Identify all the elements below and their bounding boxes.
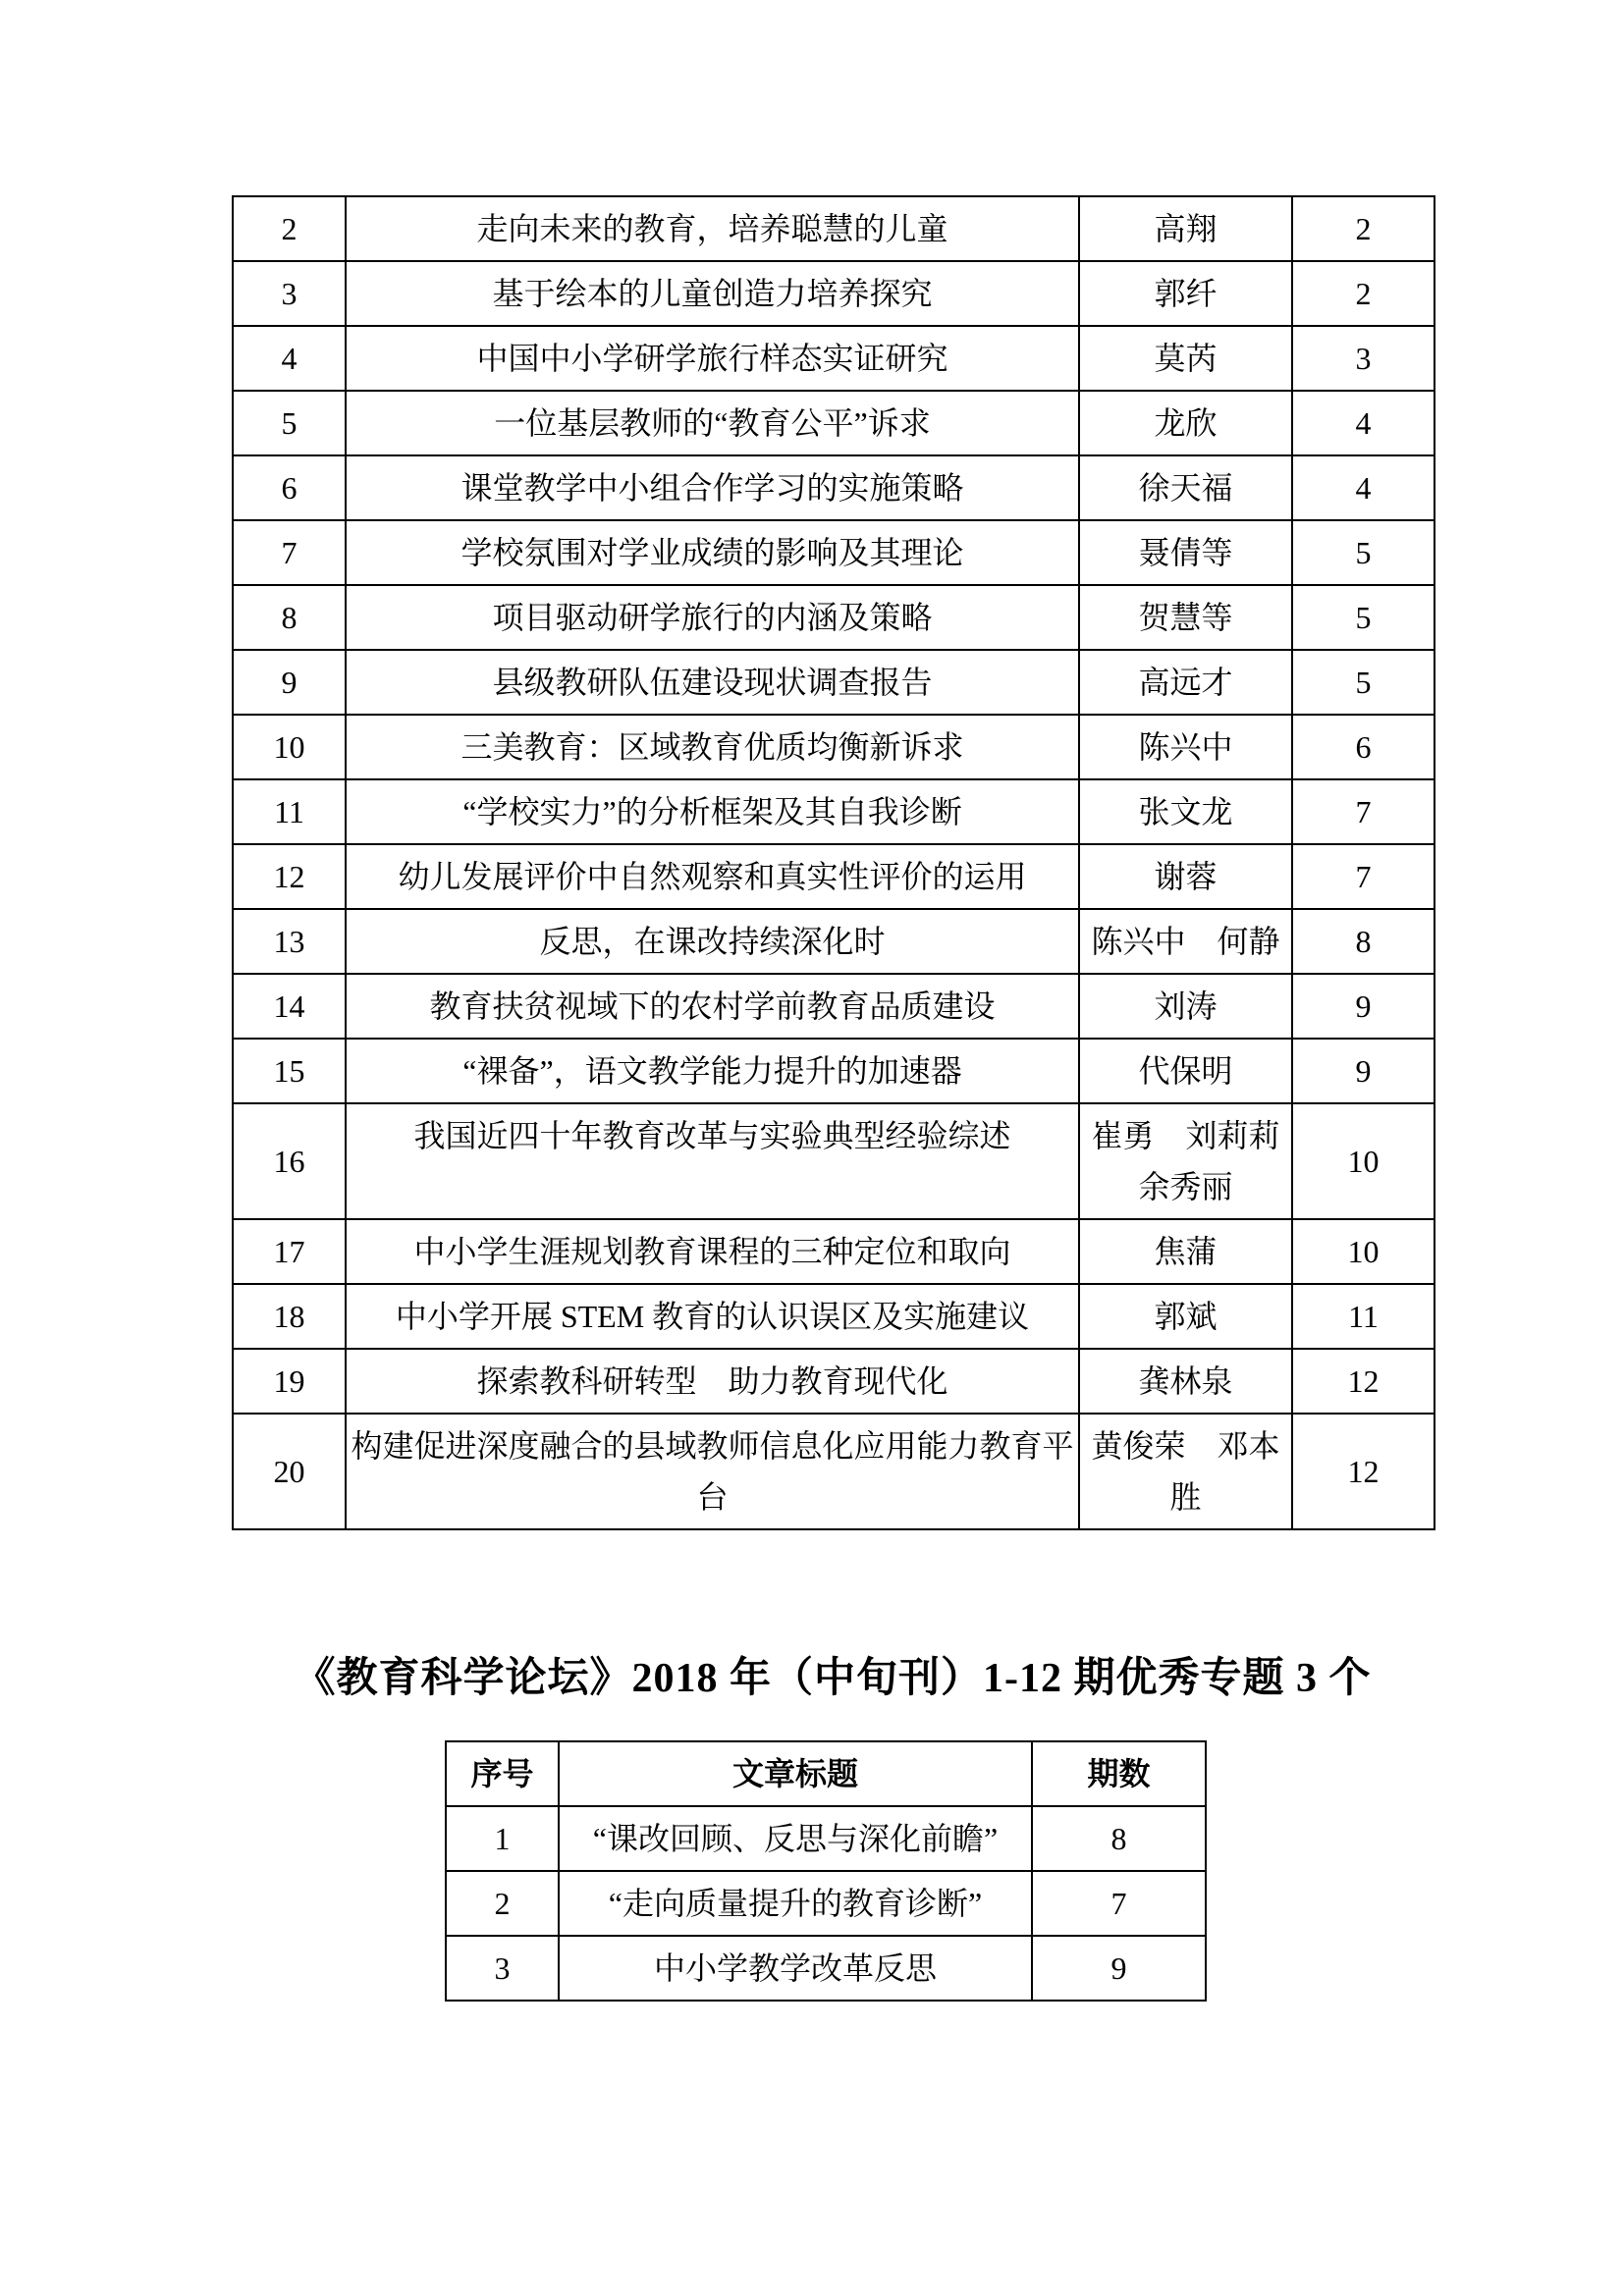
table-row: 20构建促进深度融合的县域教师信息化应用能力教育平台黄俊荣 邓本 胜12 (233, 1414, 1435, 1529)
issue-number-cell: 4 (1292, 391, 1435, 455)
article-title-cell: 学校氛围对学业成绩的影响及其理论 (346, 520, 1079, 585)
topics-table-body: 1“课改回顾、反思与深化前瞻”82“走向质量提升的教育诊断”73中小学教学改革反… (446, 1806, 1206, 2001)
row-number-cell: 18 (233, 1284, 346, 1349)
issue-number-cell: 12 (1292, 1349, 1435, 1414)
article-title-cell: “裸备”，语文教学能力提升的加速器 (346, 1039, 1079, 1103)
table-row: 1“课改回顾、反思与深化前瞻”8 (446, 1806, 1206, 1871)
row-number-cell: 9 (233, 650, 346, 715)
issue-number-cell: 12 (1292, 1414, 1435, 1529)
author-cell: 焦蒲 (1079, 1219, 1292, 1284)
author-cell: 谢蓉 (1079, 844, 1292, 909)
document-page: 2走向未来的教育，培养聪慧的儿童高翔23基于绘本的儿童创造力培养探究郭纤24中国… (0, 0, 1624, 2296)
author-cell: 高远才 (1079, 650, 1292, 715)
table-row: 13反思，在课改持续深化时陈兴中 何静8 (233, 909, 1435, 974)
table-row: 10三美教育：区域教育优质均衡新诉求陈兴中6 (233, 715, 1435, 779)
issue-number-cell: 5 (1292, 520, 1435, 585)
article-title-cell: “学校实力”的分析框架及其自我诊断 (346, 779, 1079, 844)
author-cell: 贺慧等 (1079, 585, 1292, 650)
topics-header-row: 序号 文章标题 期数 (446, 1741, 1206, 1806)
issue-number-cell: 5 (1292, 585, 1435, 650)
row-number-cell: 15 (233, 1039, 346, 1103)
issue-number-cell: 7 (1292, 844, 1435, 909)
row-number-cell: 19 (233, 1349, 346, 1414)
author-cell: 崔勇 刘莉莉 余秀丽 (1079, 1103, 1292, 1219)
col-header-title: 文章标题 (559, 1741, 1032, 1806)
author-cell: 聂倩等 (1079, 520, 1292, 585)
issue-number-cell: 2 (1292, 261, 1435, 326)
table-row: 3中小学教学改革反思9 (446, 1936, 1206, 2001)
table-row: 6课堂教学中小组合作学习的实施策略徐天福4 (233, 455, 1435, 520)
table-row: 4中国中小学研学旅行样态实证研究莫芮3 (233, 326, 1435, 391)
article-title-cell: 基于绘本的儿童创造力培养探究 (346, 261, 1079, 326)
issue-number-cell: 10 (1292, 1219, 1435, 1284)
author-cell: 郭纤 (1079, 261, 1292, 326)
section-title: 《教育科学论坛》2018 年（中旬刊）1-12 期优秀专题 3 个 (232, 1651, 1434, 1706)
issue-number-cell: 2 (1292, 196, 1435, 261)
row-number-cell: 2 (446, 1871, 559, 1936)
author-cell: 刘涛 (1079, 974, 1292, 1039)
article-title-cell: 走向未来的教育，培养聪慧的儿童 (346, 196, 1079, 261)
article-title-cell: 三美教育：区域教育优质均衡新诉求 (346, 715, 1079, 779)
article-title-cell: 中小学生涯规划教育课程的三种定位和取向 (346, 1219, 1079, 1284)
author-cell: 龚林泉 (1079, 1349, 1292, 1414)
article-title-cell: 项目驱动研学旅行的内涵及策略 (346, 585, 1079, 650)
author-cell: 莫芮 (1079, 326, 1292, 391)
row-number-cell: 1 (446, 1806, 559, 1871)
row-number-cell: 8 (233, 585, 346, 650)
issue-number-cell: 9 (1292, 1039, 1435, 1103)
issue-number-cell: 10 (1292, 1103, 1435, 1219)
row-number-cell: 13 (233, 909, 346, 974)
issue-number-cell: 5 (1292, 650, 1435, 715)
issue-number-cell: 8 (1292, 909, 1435, 974)
topics-table: 序号 文章标题 期数 1“课改回顾、反思与深化前瞻”82“走向质量提升的教育诊断… (445, 1740, 1207, 2002)
row-number-cell: 5 (233, 391, 346, 455)
row-number-cell: 7 (233, 520, 346, 585)
author-cell: 高翔 (1079, 196, 1292, 261)
row-number-cell: 3 (446, 1936, 559, 2001)
row-number-cell: 17 (233, 1219, 346, 1284)
article-title-cell: 反思，在课改持续深化时 (346, 909, 1079, 974)
table-row: 3基于绘本的儿童创造力培养探究郭纤2 (233, 261, 1435, 326)
issue-number-cell: 6 (1292, 715, 1435, 779)
table-row: 16我国近四十年教育改革与实验典型经验综述崔勇 刘莉莉 余秀丽10 (233, 1103, 1435, 1219)
article-title-cell: 教育扶贫视域下的农村学前教育品质建设 (346, 974, 1079, 1039)
author-cell: 黄俊荣 邓本 胜 (1079, 1414, 1292, 1529)
author-cell: 郭斌 (1079, 1284, 1292, 1349)
row-number-cell: 20 (233, 1414, 346, 1529)
col-header-issue: 期数 (1032, 1741, 1206, 1806)
author-cell: 徐天福 (1079, 455, 1292, 520)
author-cell: 陈兴中 (1079, 715, 1292, 779)
topics-table-header: 序号 文章标题 期数 (446, 1741, 1206, 1806)
article-title-cell: 中小学开展 STEM 教育的认识误区及实施建议 (346, 1284, 1079, 1349)
row-number-cell: 12 (233, 844, 346, 909)
table-row: 12幼儿发展评价中自然观察和真实性评价的运用谢蓉7 (233, 844, 1435, 909)
row-number-cell: 4 (233, 326, 346, 391)
row-number-cell: 2 (233, 196, 346, 261)
topic-title-cell: 中小学教学改革反思 (559, 1936, 1032, 2001)
table-row: 9县级教研队伍建设现状调查报告高远才5 (233, 650, 1435, 715)
table-row: 2走向未来的教育，培养聪慧的儿童高翔2 (233, 196, 1435, 261)
issue-number-cell: 9 (1032, 1936, 1206, 2001)
row-number-cell: 16 (233, 1103, 346, 1219)
table-row: 11“学校实力”的分析框架及其自我诊断张文龙7 (233, 779, 1435, 844)
row-number-cell: 3 (233, 261, 346, 326)
table-row: 5一位基层教师的“教育公平”诉求龙欣4 (233, 391, 1435, 455)
issue-number-cell: 3 (1292, 326, 1435, 391)
author-cell: 代保明 (1079, 1039, 1292, 1103)
article-title-cell: 幼儿发展评价中自然观察和真实性评价的运用 (346, 844, 1079, 909)
article-title-cell: 一位基层教师的“教育公平”诉求 (346, 391, 1079, 455)
articles-table: 2走向未来的教育，培养聪慧的儿童高翔23基于绘本的儿童创造力培养探究郭纤24中国… (232, 195, 1435, 1530)
table-row: 18中小学开展 STEM 教育的认识误区及实施建议郭斌11 (233, 1284, 1435, 1349)
author-cell: 张文龙 (1079, 779, 1292, 844)
topic-title-cell: “课改回顾、反思与深化前瞻” (559, 1806, 1032, 1871)
issue-number-cell: 4 (1292, 455, 1435, 520)
article-title-cell: 探索教科研转型 助力教育现代化 (346, 1349, 1079, 1414)
row-number-cell: 6 (233, 455, 346, 520)
table-row: 15“裸备”，语文教学能力提升的加速器代保明9 (233, 1039, 1435, 1103)
article-title-cell: 构建促进深度融合的县域教师信息化应用能力教育平台 (346, 1414, 1079, 1529)
issue-number-cell: 8 (1032, 1806, 1206, 1871)
table-row: 7学校氛围对学业成绩的影响及其理论聂倩等5 (233, 520, 1435, 585)
issue-number-cell: 9 (1292, 974, 1435, 1039)
table-row: 17中小学生涯规划教育课程的三种定位和取向焦蒲10 (233, 1219, 1435, 1284)
article-title-cell: 课堂教学中小组合作学习的实施策略 (346, 455, 1079, 520)
col-header-index: 序号 (446, 1741, 559, 1806)
issue-number-cell: 7 (1032, 1871, 1206, 1936)
article-title-cell: 县级教研队伍建设现状调查报告 (346, 650, 1079, 715)
table-row: 2“走向质量提升的教育诊断”7 (446, 1871, 1206, 1936)
issue-number-cell: 11 (1292, 1284, 1435, 1349)
author-cell: 龙欣 (1079, 391, 1292, 455)
author-cell: 陈兴中 何静 (1079, 909, 1292, 974)
row-number-cell: 11 (233, 779, 346, 844)
article-title-cell: 中国中小学研学旅行样态实证研究 (346, 326, 1079, 391)
article-title-cell: 我国近四十年教育改革与实验典型经验综述 (346, 1103, 1079, 1219)
topic-title-cell: “走向质量提升的教育诊断” (559, 1871, 1032, 1936)
issue-number-cell: 7 (1292, 779, 1435, 844)
table-row: 8项目驱动研学旅行的内涵及策略贺慧等5 (233, 585, 1435, 650)
articles-table-body: 2走向未来的教育，培养聪慧的儿童高翔23基于绘本的儿童创造力培养探究郭纤24中国… (233, 196, 1435, 1529)
table-row: 19探索教科研转型 助力教育现代化龚林泉12 (233, 1349, 1435, 1414)
row-number-cell: 10 (233, 715, 346, 779)
table-row: 14教育扶贫视域下的农村学前教育品质建设刘涛9 (233, 974, 1435, 1039)
row-number-cell: 14 (233, 974, 346, 1039)
